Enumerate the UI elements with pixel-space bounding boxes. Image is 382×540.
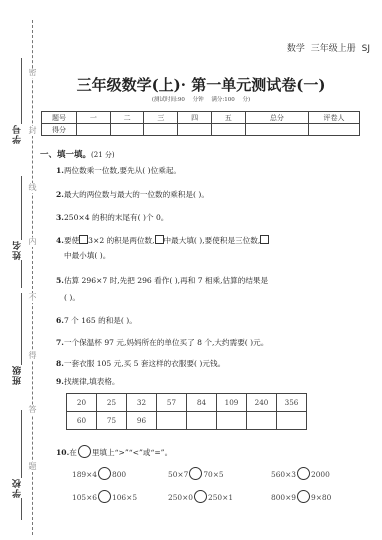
section-title: 一、填一填。 [40, 150, 91, 160]
answer-circle[interactable] [297, 490, 310, 503]
comparison-item: 50×770×5 [168, 467, 224, 480]
question-9: 9.找规律,填表格。 [56, 376, 120, 387]
score-header-cell: 二 [110, 112, 144, 124]
answer-circle[interactable] [98, 490, 111, 503]
answer-circle[interactable] [194, 490, 207, 503]
student-id-label: 学号 [11, 124, 23, 144]
score-input-cell[interactable] [110, 124, 144, 136]
comparison-item: 800×99×80 [271, 490, 331, 503]
seal-char: 内 [27, 237, 38, 247]
subject-tag: 数学 三年级上册 SJ [287, 41, 370, 54]
score-input-cell[interactable] [77, 124, 111, 136]
question-7: 7.一个保温杯 97 元,妈妈所在的单位买了 8 个,大约需要( )元。 [56, 337, 268, 348]
pattern-answer-cell[interactable] [187, 412, 217, 430]
class-label: 班级 [11, 365, 23, 385]
pattern-cell: 84 [187, 394, 217, 412]
seal-char: 题 [27, 462, 38, 472]
pattern-row-1: 20 25 32 57 84 109 240 356 [67, 394, 307, 412]
exam-info: (测试时间:90 分钟 满分:100 分) [0, 95, 382, 103]
answer-circle[interactable] [98, 467, 111, 480]
score-table-header-row: 题号 一 二 三 四 五 总分 评卷人 [42, 112, 360, 124]
question-1: 1.两位数乘一位数,要先从( )位乘起。 [56, 165, 181, 176]
pattern-cell: 57 [157, 394, 187, 412]
question-6: 6.7 个 165 的和是( )。 [56, 315, 137, 326]
school-line[interactable] [21, 410, 22, 520]
pattern-answer-cell[interactable] [247, 412, 277, 430]
comparison-item: 250×0250×1 [168, 490, 233, 503]
question-5-continued: ( )。 [64, 292, 80, 303]
pattern-answer-cell[interactable] [277, 412, 307, 430]
comparison-item: 105×6106×5 [72, 490, 137, 503]
answer-circle[interactable] [297, 467, 310, 480]
score-input-cell[interactable] [309, 124, 360, 136]
pattern-cell: 356 [277, 394, 307, 412]
pattern-cell: 20 [67, 394, 97, 412]
score-table: 题号 一 二 三 四 五 总分 评卷人 得分 [41, 111, 360, 136]
pattern-table: 20 25 32 57 84 109 240 356 60 75 96 [66, 393, 307, 430]
score-input-cell[interactable] [211, 124, 245, 136]
score-header-cell: 一 [77, 112, 111, 124]
circle-icon [78, 445, 91, 458]
question-10: 10.在里填上“>”“<”或“=”。 [56, 445, 172, 458]
pattern-cell: 96 [127, 412, 157, 430]
seal-char: 答 [27, 405, 38, 415]
pattern-cell: 75 [97, 412, 127, 430]
seal-char: 封 [27, 126, 38, 136]
question-4: 4.要使3×2 的积是两位数,中最大填( ),要使积是三位数, [56, 235, 269, 246]
answer-circle[interactable] [189, 467, 202, 480]
question-5: 5.估算 296×7 时,先把 296 看作( ),再和 7 相乘,估算的结果是 [56, 275, 268, 286]
score-header-cell: 五 [211, 112, 245, 124]
pattern-cell: 240 [247, 394, 277, 412]
comparison-item: 560×32000 [271, 467, 330, 480]
score-row-label: 得分 [42, 124, 77, 136]
pattern-cell: 60 [67, 412, 97, 430]
score-header-cell: 三 [144, 112, 178, 124]
comparison-item: 189×4800 [72, 467, 126, 480]
score-header-cell: 总分 [245, 112, 308, 124]
blank-square-icon [79, 235, 88, 244]
name-line[interactable] [21, 176, 22, 288]
seal-char: 不 [27, 293, 38, 303]
pattern-cell: 25 [97, 394, 127, 412]
pattern-answer-cell[interactable] [157, 412, 187, 430]
section-heading: 一、填一填。(21 分) [40, 148, 115, 160]
pattern-row-2: 60 75 96 [67, 412, 307, 430]
question-2: 2.最大的两位数与最大的一位数的乘积是( )。 [56, 189, 209, 200]
name-label: 姓名 [11, 240, 23, 260]
score-table-score-row: 得分 [42, 124, 360, 136]
score-header-cell: 评卷人 [309, 112, 360, 124]
pattern-cell: 109 [217, 394, 247, 412]
pattern-answer-cell[interactable] [217, 412, 247, 430]
seal-char: 得 [27, 351, 38, 361]
pattern-cell: 32 [127, 394, 157, 412]
page-title: 三年级数学(上)· 第一单元测试卷(一) [0, 74, 382, 95]
blank-square-icon [155, 235, 164, 244]
school-label: 学校 [11, 478, 23, 498]
question-3: 3.250×4 的积的末尾有( )个 0。 [56, 212, 168, 223]
score-input-cell[interactable] [144, 124, 178, 136]
blank-square-icon [260, 235, 269, 244]
question-4-continued: 中最小填( )。 [64, 250, 110, 261]
question-8: 8.一套衣服 105 元,买 5 套这样的衣服要( )元钱。 [56, 358, 225, 369]
seal-char: 线 [27, 183, 38, 193]
score-header-cell: 四 [178, 112, 212, 124]
section-points: (21 分) [91, 151, 115, 159]
score-header-cell: 题号 [42, 112, 77, 124]
score-input-cell[interactable] [178, 124, 212, 136]
score-input-cell[interactable] [245, 124, 308, 136]
